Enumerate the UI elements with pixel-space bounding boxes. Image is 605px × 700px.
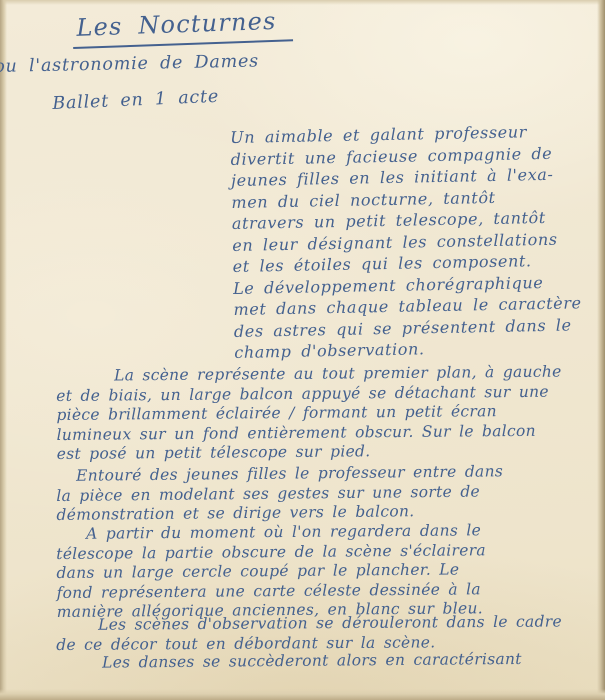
manuscript-line: Les danses se succèderont alors en carac… (56, 650, 522, 674)
manuscript-line: est posé un petit télescope sur pied. (57, 441, 563, 465)
paragraph-observation-scenes: Les scènes d'observation se dérouleront … (56, 612, 562, 655)
title-subtitle: ou l'astronomie de Dames (0, 51, 259, 77)
paper-edge-bottom (0, 689, 605, 700)
paragraph-telescope-effect: A partir du moment où l'on regardera dan… (56, 521, 487, 623)
paragraph-professor-entrance: Entouré des jeunes filles le professeur … (56, 462, 504, 525)
title-main: Les Nocturnes (72, 6, 293, 49)
paper-edge-left (0, 0, 7, 700)
manuscript-line: Les scènes d'observation se dérouleront … (56, 612, 562, 635)
title-genre: Ballet en 1 acte (52, 87, 219, 114)
paragraph-synopsis: Un aimable et galant professeurdivertit … (230, 120, 583, 363)
paper-edge-top (0, 0, 605, 5)
paper-edge-right (597, 0, 605, 700)
manuscript-page: Les Nocturnes ou l'astronomie de Dames B… (0, 0, 605, 700)
paragraph-danses: Les danses se succèderont alors en carac… (56, 650, 522, 674)
paragraph-stage-decor: La scène représente au tout premier plan… (56, 363, 562, 465)
